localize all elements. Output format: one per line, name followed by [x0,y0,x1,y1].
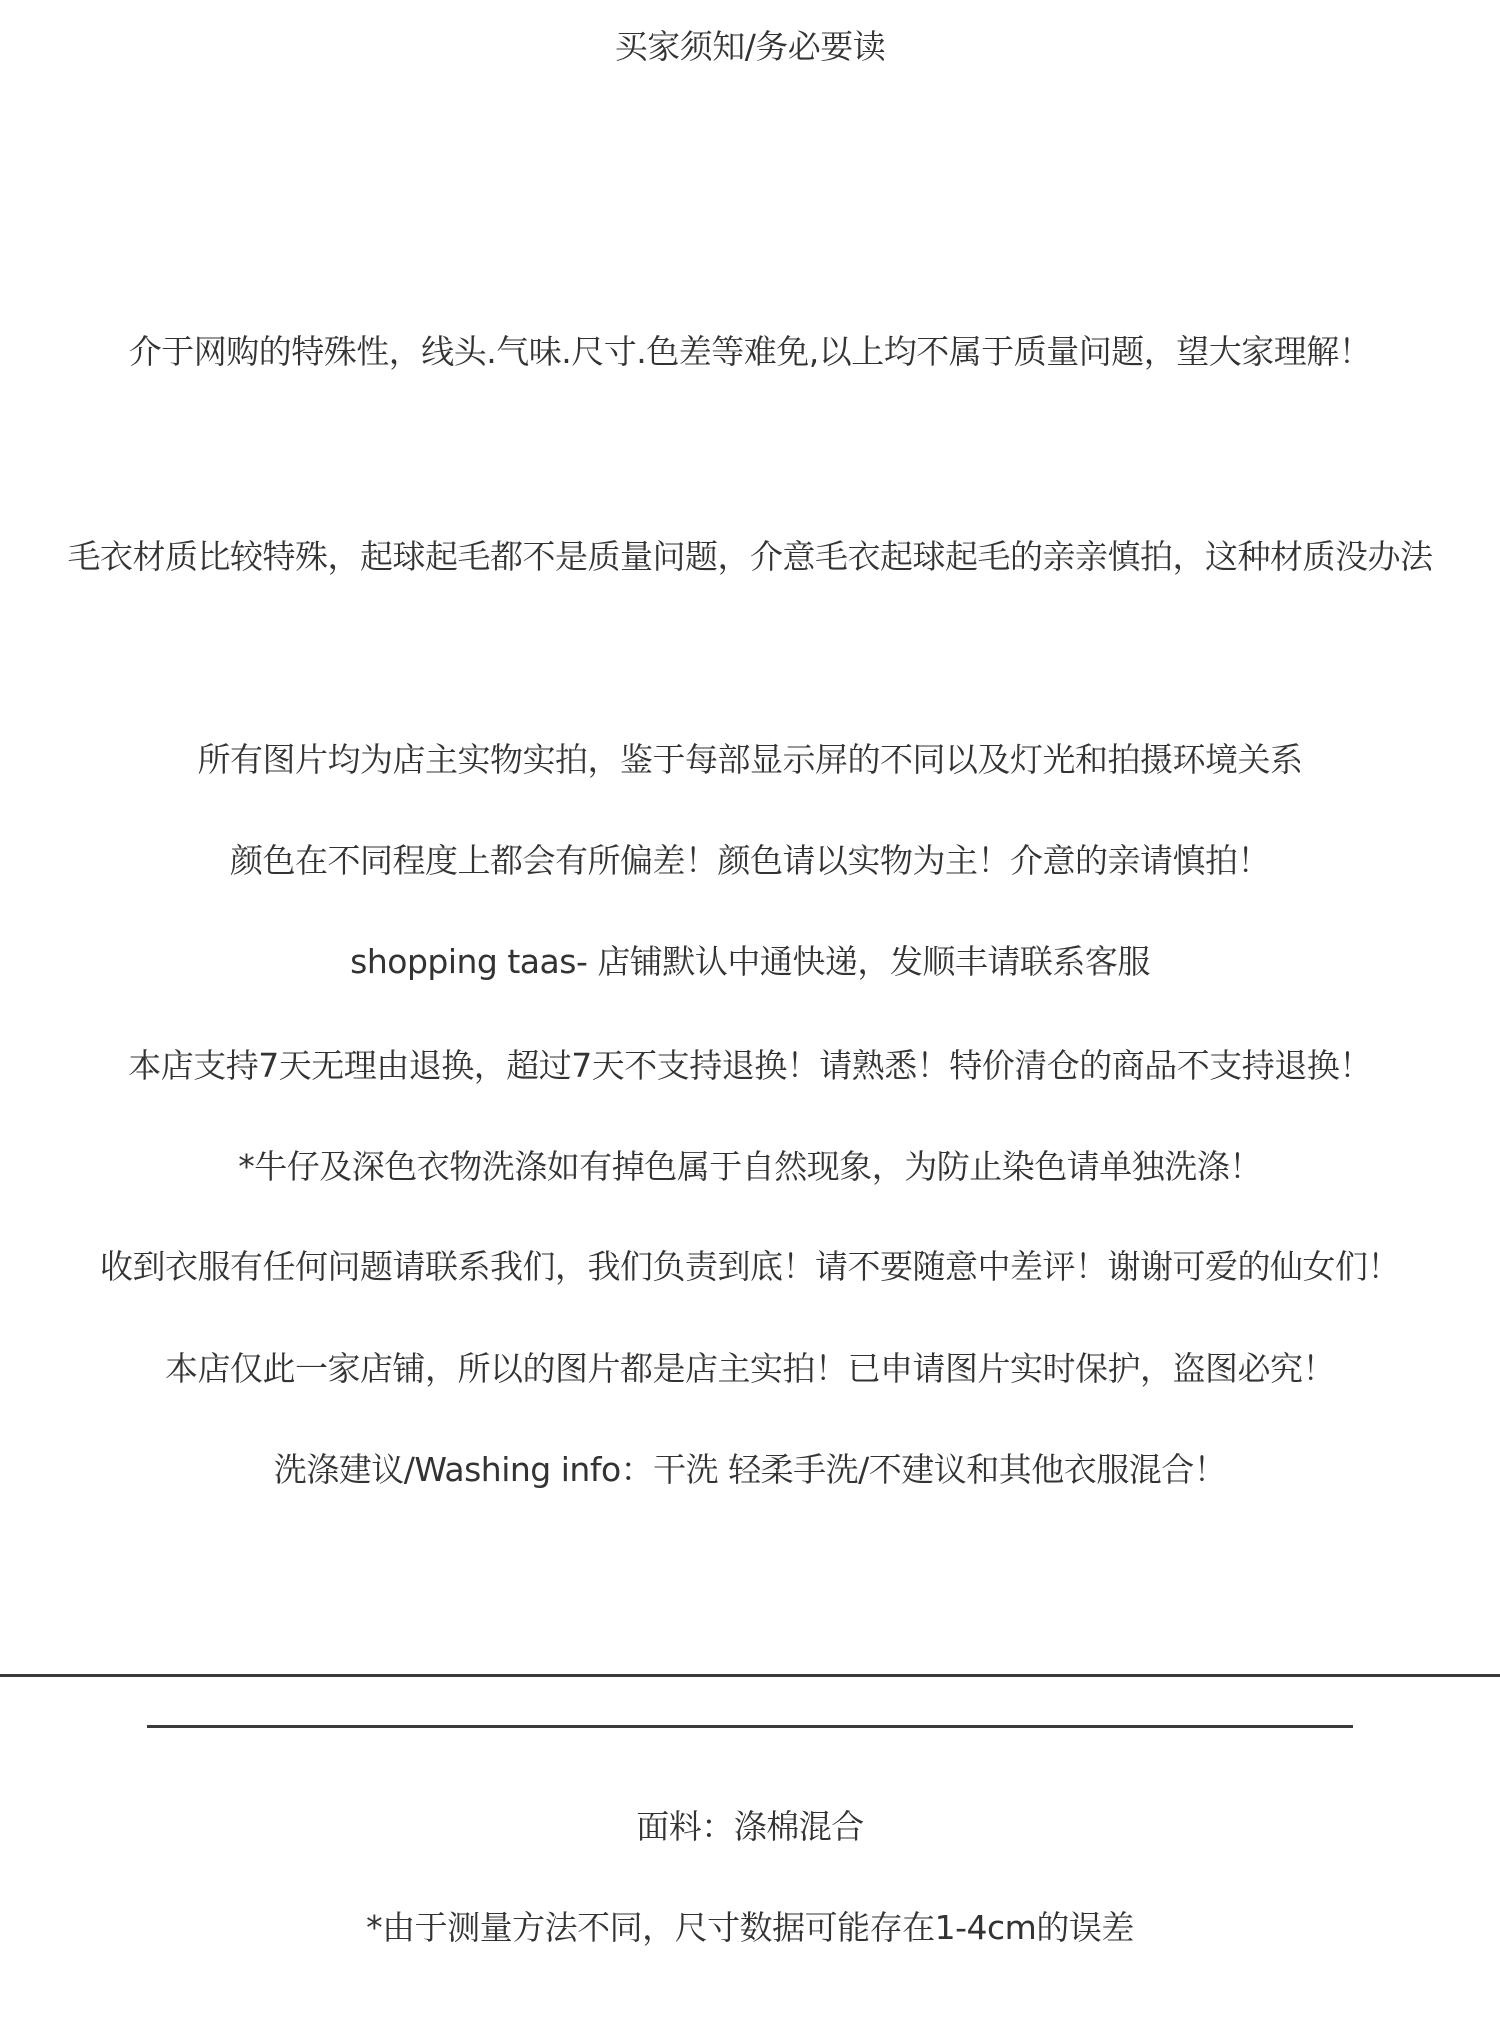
measurement-note: *由于测量方法不同，尺寸数据可能存在1-4cm的误差 [0,1906,1500,1950]
notice-line-single-store: 本店仅此一家店铺，所以的图片都是店主实拍！已申请图片实时保护，盗图必究！ [0,1347,1500,1391]
notice-line-color-difference: 颜色在不同程度上都会有所偏差！颜色请以实物为主！介意的亲请慎拍！ [0,839,1500,883]
notice-line-shipping: shopping taas- 店铺默认中通快递，发顺丰请联系客服 [0,940,1500,984]
notice-line-contact-us: 收到衣服有任何问题请联系我们，我们负责到底！请不要随意中差评！谢谢可爱的仙女们！ [0,1245,1500,1289]
notice-line-sweater-pilling: 毛衣材质比较特殊，起球起毛都不是质量问题，介意毛衣起球起毛的亲亲慎拍，这种材质没… [0,535,1500,579]
notice-line-denim-washing: *牛仔及深色衣物洗涤如有掉色属于自然现象，为防止染色请单独洗涤！ [0,1145,1500,1189]
notice-line-washing-info: 洗涤建议/Washing info：干洗 轻柔手洗/不建议和其他衣服混合！ [0,1448,1500,1492]
notice-line-return-policy: 本店支持7天无理由退换，超过7天不支持退换！请熟悉！特价清仓的商品不支持退换！ [0,1044,1500,1088]
divider-rule-short [147,1725,1353,1728]
notice-line-real-photos: 所有图片均为店主实物实拍，鉴于每部显示屏的不同以及灯光和拍摄环境关系 [0,738,1500,782]
notice-line-online-shopping: 介于网购的特殊性，线头.气味.尺寸.色差等难免,以上均不属于质量问题，望大家理解… [0,330,1500,374]
document-title: 买家须知/务必要读 [0,25,1500,69]
fabric-info: 面料：涤棉混合 [0,1805,1500,1849]
divider-rule-full [0,1674,1500,1677]
